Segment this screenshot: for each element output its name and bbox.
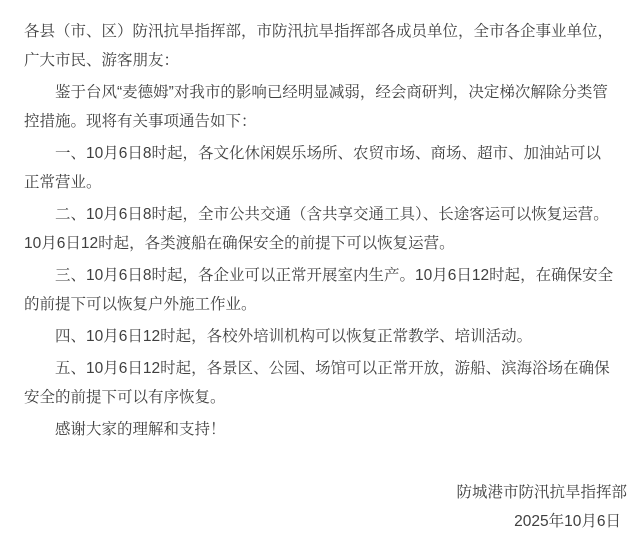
notice-item-2: 二、10月6日8时起，全市公共交通（含共享交通工具）、长途客运可以恢复运营。10… (24, 200, 616, 258)
notice-item-1: 一、10月6日8时起，各文化休闲娱乐场所、农贸市场、商场、超市、加油站可以正常营… (24, 139, 616, 197)
issuer-signature: 防城港市防汛抗旱指挥部 (24, 478, 627, 507)
notice-item-4: 四、10月6日12时起，各校外培训机构可以恢复正常教学、培训活动。 (24, 322, 616, 351)
salutation-line: 各县（市、区）防汛抗旱指挥部，市防汛抗旱指挥部各成员单位，全市各企事业单位，广大… (24, 17, 616, 75)
issue-date: 2025年10月6日 (24, 507, 627, 535)
signature-block: 防城港市防汛抗旱指挥部 2025年10月6日 (24, 478, 627, 535)
intro-paragraph: 鉴于台风“麦德姆”对我市的影响已经明显减弱，经会商研判，决定梯次解除分类管控措施… (24, 78, 616, 136)
notice-item-5: 五、10月6日12时起，各景区、公园、场馆可以正常开放，游船、滨海浴场在确保安全… (24, 354, 616, 412)
notice-document: 各县（市、区）防汛抗旱指挥部，市防汛抗旱指挥部各成员单位，全市各企事业单位，广大… (0, 0, 640, 535)
notice-item-3: 三、10月6日8时起，各企业可以正常开展室内生产。10月6日12时起，在确保安全… (24, 261, 616, 319)
thanks-paragraph: 感谢大家的理解和支持！ (24, 415, 616, 444)
